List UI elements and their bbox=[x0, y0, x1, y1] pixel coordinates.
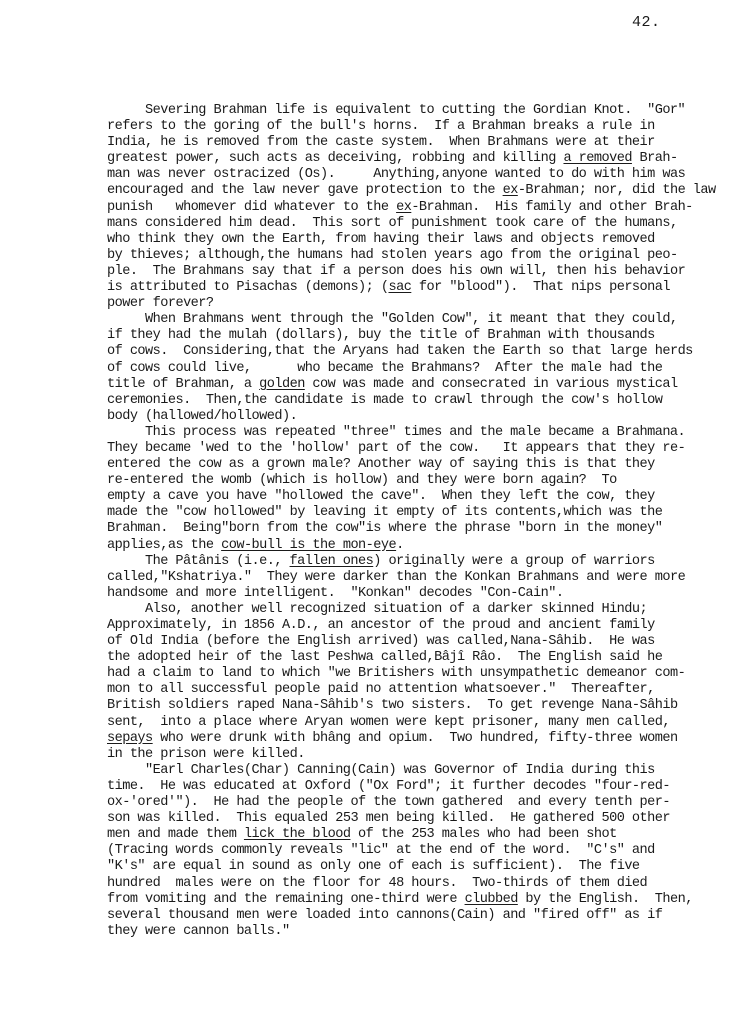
text-segment: of cows could live, who became the Brahm… bbox=[107, 361, 662, 376]
text-line: who think they own the Earth, from havin… bbox=[107, 232, 707, 248]
text-segment: men and made them bbox=[107, 827, 244, 842]
text-segment: applies,as the bbox=[107, 538, 221, 553]
text-segment: son was killed. This equaled 253 men bei… bbox=[107, 811, 670, 826]
text-line: made the "cow hollowed" by leaving it em… bbox=[107, 505, 707, 521]
underlined-text: cow-bull is the mon-eye bbox=[221, 538, 396, 553]
text-segment: hundred males were on the floor for 48 h… bbox=[107, 876, 647, 891]
underlined-text: fallen ones bbox=[290, 554, 374, 569]
text-line: mans considered him dead. This sort of p… bbox=[107, 216, 707, 232]
text-line: re-entered the womb (which is hollow) an… bbox=[107, 473, 707, 489]
text-line: mon to all successful people paid no att… bbox=[107, 682, 707, 698]
text-line: encouraged and the law never gave protec… bbox=[107, 183, 707, 199]
text-line: Approximately, in 1856 A.D., an ancestor… bbox=[107, 618, 707, 634]
text-segment: ceremonies. Then,the candidate is made t… bbox=[107, 393, 662, 408]
text-line: from vomiting and the remaining one-thir… bbox=[107, 892, 707, 908]
text-line: hundred males were on the floor for 48 h… bbox=[107, 876, 707, 892]
text-line: of cows could live, who became the Brahm… bbox=[107, 361, 707, 377]
text-segment: re-entered the womb (which is hollow) an… bbox=[107, 473, 617, 488]
text-segment: mans considered him dead. This sort of p… bbox=[107, 216, 678, 231]
text-line: they were cannon balls." bbox=[107, 924, 707, 940]
text-segment: power forever? bbox=[107, 296, 214, 311]
text-segment: They became 'wed to the 'hollow' part of… bbox=[107, 441, 685, 456]
text-segment: -Brahman. His family and other Brah- bbox=[411, 200, 692, 215]
text-segment: "K's" are equal in sound as only one of … bbox=[107, 859, 640, 874]
text-segment: cow was made and consecrated in various … bbox=[305, 377, 678, 392]
text-line: sepays who were drunk with bhâng and opi… bbox=[107, 731, 707, 747]
text-segment: ) originally were a group of warriors bbox=[373, 554, 654, 569]
text-segment: Severing Brahman life is equivalent to c… bbox=[145, 103, 685, 118]
underlined-text: clubbed bbox=[465, 892, 518, 907]
text-segment: punish whomever did whatever to the bbox=[107, 200, 396, 215]
text-segment: (Tracing words commonly reveals "lic" at… bbox=[107, 843, 655, 858]
text-segment: ox-'ored'"). He had the people of the to… bbox=[107, 795, 670, 810]
text-line: punish whomever did whatever to the ex-B… bbox=[107, 200, 707, 216]
underlined-text: golden bbox=[259, 377, 305, 392]
text-segment: in the prison were killed. bbox=[107, 747, 305, 762]
text-segment: called,"Kshatriya." They were darker tha… bbox=[107, 570, 685, 585]
text-segment: of Old India (before the English arrived… bbox=[107, 634, 655, 649]
text-segment: title of Brahman, a bbox=[107, 377, 259, 392]
text-line: of cows. Considering,that the Aryans had… bbox=[107, 344, 707, 360]
text-line: British soldiers raped Nana-Sâhib's two … bbox=[107, 698, 707, 714]
text-segment: if they had the mulah (dollars), buy the… bbox=[107, 328, 655, 343]
text-segment: the adopted heir of the last Peshwa call… bbox=[107, 650, 662, 665]
text-line: handsome and more intelligent. "Konkan" … bbox=[107, 586, 707, 602]
text-line: entered the cow as a grown male? Another… bbox=[107, 457, 707, 473]
text-segment: man was never ostracized (Os). Anything,… bbox=[107, 167, 685, 182]
text-segment: ple. The Brahmans say that if a person d… bbox=[107, 264, 685, 279]
text-segment: Brahman. Being"born from the cow"is wher… bbox=[107, 521, 662, 536]
text-line: When Brahmans went through the "Golden C… bbox=[107, 312, 707, 328]
text-segment: handsome and more intelligent. "Konkan" … bbox=[107, 586, 563, 601]
text-line: "K's" are equal in sound as only one of … bbox=[107, 859, 707, 875]
text-line: in the prison were killed. bbox=[107, 747, 707, 763]
text-segment: -Brahman; nor, did the law bbox=[518, 183, 716, 198]
text-line: greatest power, such acts as deceiving, … bbox=[107, 151, 707, 167]
text-line: The Pâtânis (i.e., fallen ones) original… bbox=[107, 554, 707, 570]
text-line: title of Brahman, a golden cow was made … bbox=[107, 377, 707, 393]
text-line: ceremonies. Then,the candidate is made t… bbox=[107, 393, 707, 409]
text-segment: India, he is removed from the caste syst… bbox=[107, 135, 655, 150]
text-line: several thousand men were loaded into ca… bbox=[107, 908, 707, 924]
text-line: Severing Brahman life is equivalent to c… bbox=[107, 103, 707, 119]
text-segment: mon to all successful people paid no att… bbox=[107, 682, 655, 697]
text-segment: This process was repeated "three" times … bbox=[145, 425, 685, 440]
text-line: had a claim to land to which "we British… bbox=[107, 666, 707, 682]
text-segment: sent, into a place where Aryan women wer… bbox=[107, 715, 670, 730]
text-line: body (hallowed/hollowed). bbox=[107, 409, 707, 425]
text-segment: When Brahmans went through the "Golden C… bbox=[145, 312, 678, 327]
text-segment: who think they own the Earth, from havin… bbox=[107, 232, 655, 247]
text-segment: Also, another well recognized situation … bbox=[145, 602, 647, 617]
text-line: if they had the mulah (dollars), buy the… bbox=[107, 328, 707, 344]
text-line: Brahman. Being"born from the cow"is wher… bbox=[107, 521, 707, 537]
text-segment: . bbox=[396, 538, 404, 553]
text-segment: encouraged and the law never gave protec… bbox=[107, 183, 503, 198]
underlined-text: a removed bbox=[563, 151, 631, 166]
text-line: by thieves; although,the humans had stol… bbox=[107, 248, 707, 264]
text-segment: of the 253 males who had been shot bbox=[350, 827, 616, 842]
text-line: man was never ostracized (Os). Anything,… bbox=[107, 167, 707, 183]
text-segment: of cows. Considering,that the Aryans had… bbox=[107, 344, 693, 359]
text-line: This process was repeated "three" times … bbox=[107, 425, 707, 441]
text-line: empty a cave you have "hollowed the cave… bbox=[107, 489, 707, 505]
text-segment: who were drunk with bhâng and opium. Two… bbox=[153, 731, 678, 746]
text-segment: from vomiting and the remaining one-thir… bbox=[107, 892, 465, 907]
text-segment: The Pâtânis (i.e., bbox=[145, 554, 290, 569]
text-line: called,"Kshatriya." They were darker tha… bbox=[107, 570, 707, 586]
text-line: is attributed to Pisachas (demons); (sac… bbox=[107, 280, 707, 296]
text-line: sent, into a place where Aryan women wer… bbox=[107, 715, 707, 731]
text-line: ox-'ored'"). He had the people of the to… bbox=[107, 795, 707, 811]
text-segment: they were cannon balls." bbox=[107, 924, 290, 939]
text-segment: made the "cow hollowed" by leaving it em… bbox=[107, 505, 662, 520]
text-line: ple. The Brahmans say that if a person d… bbox=[107, 264, 707, 280]
text-line: the adopted heir of the last Peshwa call… bbox=[107, 650, 707, 666]
text-line: men and made them lick the blood of the … bbox=[107, 827, 707, 843]
text-segment: several thousand men were loaded into ca… bbox=[107, 908, 662, 923]
text-segment: British soldiers raped Nana-Sâhib's two … bbox=[107, 698, 678, 713]
text-segment: is attributed to Pisachas (demons); ( bbox=[107, 280, 388, 295]
text-segment: empty a cave you have "hollowed the cave… bbox=[107, 489, 655, 504]
text-segment: refers to the goring of the bull's horns… bbox=[107, 119, 655, 134]
underlined-text: lick the blood bbox=[244, 827, 351, 842]
page-number: 42. bbox=[632, 14, 661, 31]
text-line: refers to the goring of the bull's horns… bbox=[107, 119, 707, 135]
text-segment: for "blood"). That nips personal bbox=[411, 280, 670, 295]
text-line: "Earl Charles(Char) Canning(Cain) was Go… bbox=[107, 763, 707, 779]
text-segment: Brah- bbox=[632, 151, 678, 166]
text-segment: Approximately, in 1856 A.D., an ancestor… bbox=[107, 618, 655, 633]
text-segment: by thieves; although,the humans had stol… bbox=[107, 248, 678, 263]
text-line: (Tracing words commonly reveals "lic" at… bbox=[107, 843, 707, 859]
underlined-text: sac bbox=[388, 280, 411, 295]
text-segment: greatest power, such acts as deceiving, … bbox=[107, 151, 563, 166]
text-line: They became 'wed to the 'hollow' part of… bbox=[107, 441, 707, 457]
underlined-text: sepays bbox=[107, 731, 153, 746]
text-segment: body (hallowed/hollowed). bbox=[107, 409, 297, 424]
document-body: Severing Brahman life is equivalent to c… bbox=[107, 103, 707, 940]
text-segment: entered the cow as a grown male? Another… bbox=[107, 457, 655, 472]
text-segment: by the English. Then, bbox=[518, 892, 693, 907]
text-segment: had a claim to land to which "we British… bbox=[107, 666, 685, 681]
text-line: power forever? bbox=[107, 296, 707, 312]
text-segment: time. He was educated at Oxford ("Ox For… bbox=[107, 779, 670, 794]
text-line: son was killed. This equaled 253 men bei… bbox=[107, 811, 707, 827]
text-line: of Old India (before the English arrived… bbox=[107, 634, 707, 650]
text-line: applies,as the cow-bull is the mon-eye. bbox=[107, 538, 707, 554]
text-line: Also, another well recognized situation … bbox=[107, 602, 707, 618]
text-line: time. He was educated at Oxford ("Ox For… bbox=[107, 779, 707, 795]
underlined-text: ex bbox=[396, 200, 411, 215]
text-line: India, he is removed from the caste syst… bbox=[107, 135, 707, 151]
text-segment: "Earl Charles(Char) Canning(Cain) was Go… bbox=[145, 763, 655, 778]
underlined-text: ex bbox=[503, 183, 518, 198]
